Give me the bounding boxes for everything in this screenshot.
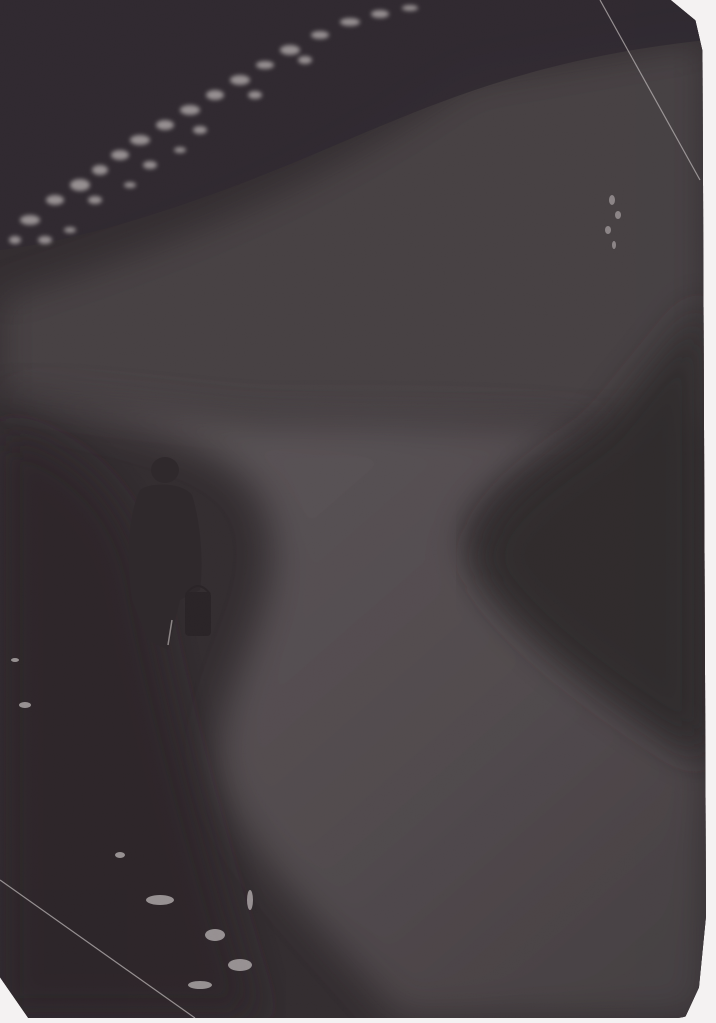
- photo-scene: [0, 0, 706, 1018]
- vintage-photograph: [0, 0, 706, 1018]
